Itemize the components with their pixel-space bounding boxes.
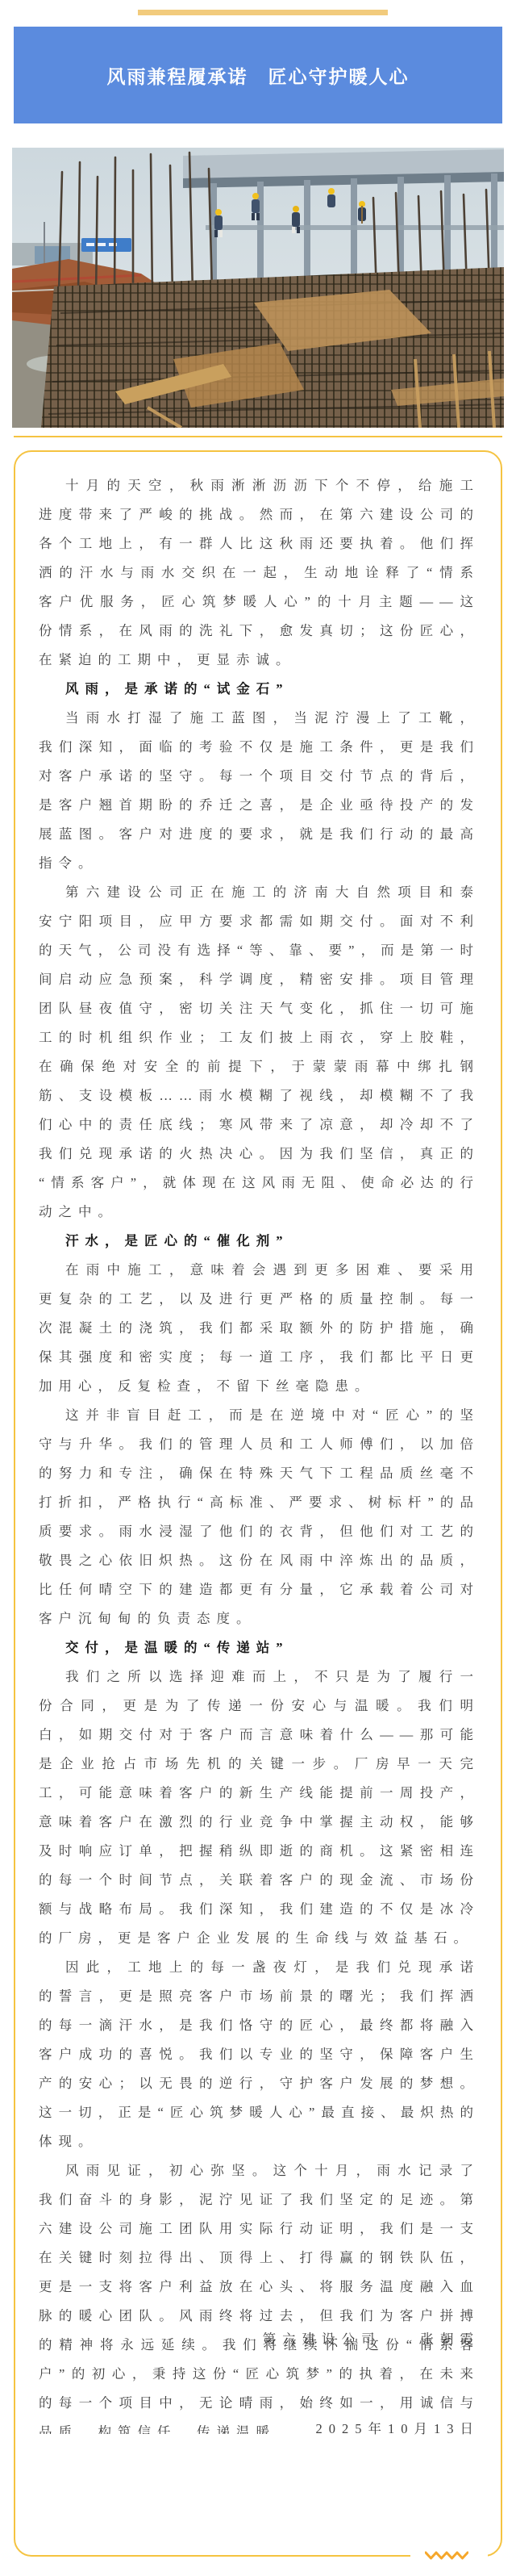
construction-site-photo [12, 148, 504, 428]
article-date: 2025年10月13日 [263, 2414, 481, 2444]
paragraph: 当雨水打湿了施工蓝图，当泥泞漫上了工靴，我们深知，面临的考验不仅是施工条件，更是… [39, 704, 480, 878]
paragraph: 因此，工地上的每一盏夜灯，是我们兑现承诺的誓言，更是照亮客户市场前景的曙光；我们… [39, 1953, 480, 2156]
construction-site-illustration [12, 148, 504, 428]
paragraph: 第六建设公司正在施工的济南大自然项目和泰安宁阳项目，应甲方要求都需如期交付。面对… [39, 878, 480, 1227]
paragraph-intro: 十月的天空，秋雨淅淅沥沥下个不停，给施工进度带来了严峻的挑战。然而，在第六建设公… [39, 471, 480, 675]
article-body: 十月的天空，秋雨淅淅沥沥下个不停，给施工进度带来了严峻的挑战。然而，在第六建设公… [39, 471, 480, 2434]
gold-divider-line [14, 436, 502, 437]
page-title: 风雨兼程履承诺 匠心守护暖人心 [107, 62, 410, 89]
article-page: 风雨兼程履承诺 匠心守护暖人心 [0, 0, 516, 2576]
section-heading-3: 交付，是温暖的“传递站” [39, 1633, 480, 1662]
author-signature: 第六建设公司 张朝霞 [263, 2324, 481, 2354]
paragraph: 这并非盲目赶工，而是在逆境中对“匠心”的坚守与升华。我们的管理人员和工人师傅们，… [39, 1401, 480, 1633]
zigzag-accent-icon [425, 2549, 468, 2561]
top-accent-bar [138, 10, 388, 15]
section-heading-2: 汗水，是匠心的“催化剂” [39, 1227, 480, 1256]
title-banner: 风雨兼程履承诺 匠心守护暖人心 [14, 27, 502, 123]
paragraph: 我们之所以选择迎难而上，不只是为了履行一份合同，更是为了传递一份安心与温暖。我们… [39, 1662, 480, 1953]
signature-block: 第六建设公司 张朝霞 2025年10月13日 [263, 2264, 481, 2503]
paragraph: 在雨中施工，意味着会遇到更多困难、要采用更复杂的工艺，以及进行更严格的质量控制。… [39, 1256, 480, 1401]
section-heading-1: 风雨，是承诺的“试金石” [39, 675, 480, 704]
article-border-box: 十月的天空，秋雨淅淅沥沥下个不停，给施工进度带来了严峻的挑战。然而，在第六建设公… [14, 450, 502, 2557]
